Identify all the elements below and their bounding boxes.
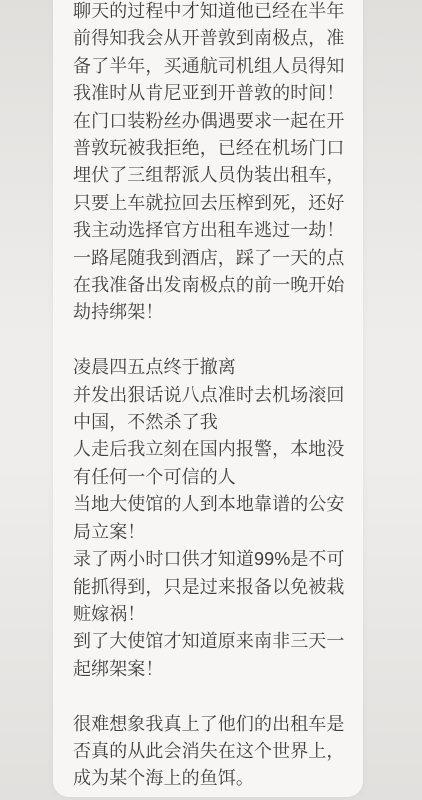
text-line: 只要上车就拉回去压榨到死，还好	[73, 190, 345, 217]
screenshot-root: 聊天的过程中才知道他已经在半年前得知我会从开普敦到南极点，准备了半年，买通航司机…	[0, 0, 422, 800]
text-line: 有任何一个可信的人	[73, 464, 345, 491]
text-line	[73, 327, 345, 354]
text-line: 备了半年，买通航司机组人员得知	[73, 53, 345, 80]
text-line: 中国，不然杀了我	[73, 409, 345, 436]
text-line: 劫持绑架！	[73, 299, 345, 326]
text-line: 能抓得到，只是过来报备以免被栽	[73, 574, 345, 601]
text-line: 成为某个海上的鱼饵。	[73, 765, 345, 792]
text-line: 并发出狠话说八点准时去机场滚回	[73, 382, 345, 409]
text-line: 普敦玩被我拒绝，已经在机场门口	[73, 135, 345, 162]
text-line: 人走后我立刻在国内报警，本地没	[73, 436, 345, 463]
text-line: 很难想象我真上了他们的出租车是	[73, 711, 345, 738]
text-line	[73, 683, 345, 710]
text-line: 在我准备出发南极点的前一晚开始	[73, 272, 345, 299]
text-line: 否真的从此会消失在这个世界上，	[73, 738, 345, 765]
text-line: 录了两小时口供才知道99%是不可	[73, 546, 345, 573]
text-line: 赃嫁祸！	[73, 601, 345, 628]
text-line: 局立案！	[73, 519, 345, 546]
text-line: 当地大使馆的人到本地靠谱的公安	[73, 491, 345, 518]
text-line: 我主动选择官方出租车逃过一劫！	[73, 217, 345, 244]
text-line: 埋伏了三组帮派人员伪装出租车，	[73, 162, 345, 189]
text-line: 凌晨四五点终于撤离	[73, 354, 345, 381]
text-line: 在门口装粉丝办偶遇要求一起在开	[73, 108, 345, 135]
text-line: 起绑架案！	[73, 656, 345, 683]
post-body: 聊天的过程中才知道他已经在半年前得知我会从开普敦到南极点，准备了半年，买通航司机…	[53, 0, 363, 793]
text-line: 前得知我会从开普敦到南极点，准	[73, 25, 345, 52]
text-line: 聊天的过程中才知道他已经在半年	[73, 0, 345, 25]
text-line: 到了大使馆才知道原来南非三天一	[73, 628, 345, 655]
text-line: 一路尾随我到酒店，踩了一天的点	[73, 245, 345, 272]
post-text-panel[interactable]: 聊天的过程中才知道他已经在半年前得知我会从开普敦到南极点，准备了半年，买通航司机…	[53, 0, 363, 797]
text-line: 我准时从肯尼亚到开普敦的时间！	[73, 80, 345, 107]
